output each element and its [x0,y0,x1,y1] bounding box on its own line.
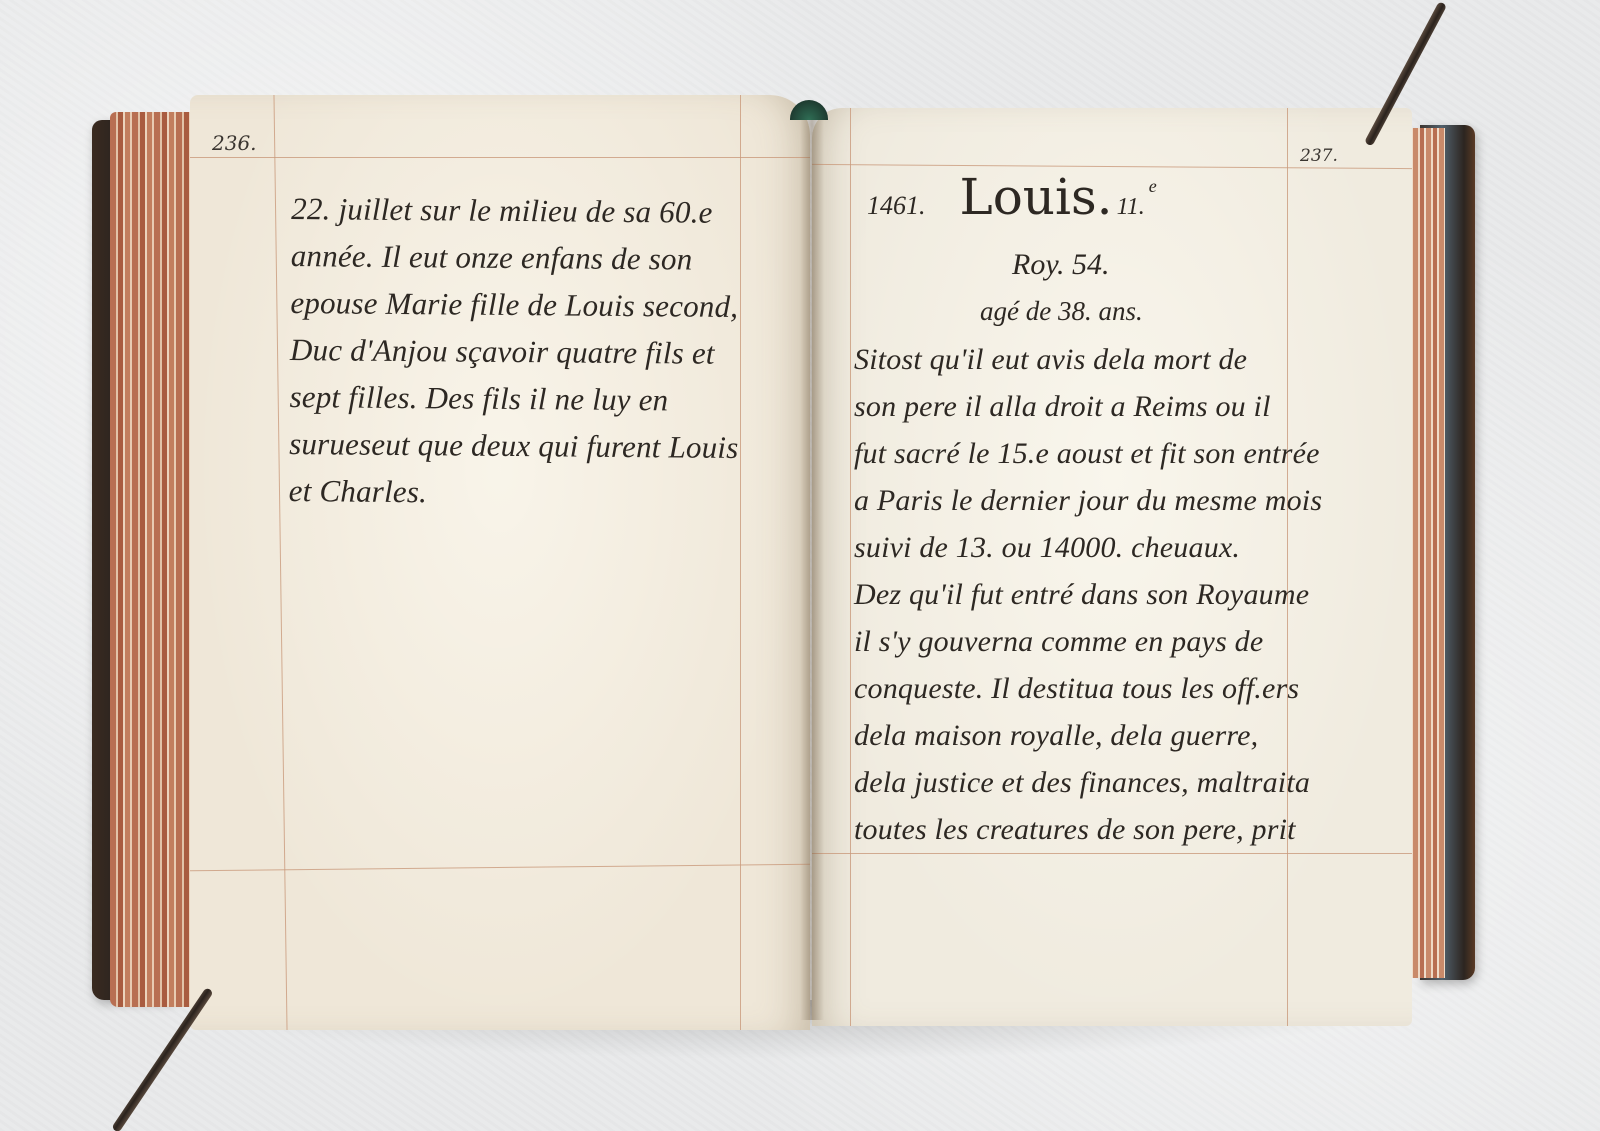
page-number: 236. [212,131,257,155]
ruled-line-top [190,157,810,158]
text-line: a Paris le dernier jour du mesme mois [854,477,1322,524]
text-line: sept filles. Des fils il ne luy en [289,373,739,424]
page-edges-left [110,112,200,1007]
text-line: année. Il eut onze enfans de son [291,232,741,283]
right-page: 237. 1461. Louis. 11.e Roy. 54. agé de 3… [812,108,1412,1026]
text-line: Duc d'Anjou sçavoir quatre fils et [290,326,740,377]
heading-year: 1461. [867,191,926,220]
text-line: 22. juillet sur le milieu de sa 60.e [291,185,741,236]
text-line: suivi de 13. ou 14000. cheuaux. [854,524,1322,571]
ruled-margin-left [850,108,851,1026]
text-line: son pere il alla droit a Reims ou il [854,383,1322,430]
bookmark-ribbon [790,100,828,120]
age-line: agé de 38. ans. [980,296,1143,327]
page-number: 237. [1300,146,1338,166]
ruled-line-bottom [190,864,810,871]
handwritten-text: Sitost qu'il eut avis dela mort de son p… [854,336,1322,853]
book-gutter [800,110,824,1020]
ruled-margin-left [273,95,287,1030]
text-line: Sitost qu'il eut avis dela mort de [854,336,1322,383]
text-line: epouse Marie fille de Louis second, [290,279,740,330]
text-line: dela justice et des finances, maltraita [854,759,1322,806]
heading-king-name: Louis. [960,168,1113,226]
text-line: fut sacré le 15.e aoust et fit son entré… [854,430,1322,477]
text-line: surueseut que deux qui furent Louis [289,420,739,471]
chapter-heading: 1461. Louis. 11.e [867,168,1157,226]
text-line: conqueste. Il destitua tous les off.ers [854,665,1322,712]
ruled-line-bottom [812,853,1412,854]
photo-scene: 236. 22. juillet sur le milieu de sa 60.… [0,0,1600,1131]
text-line: Dez qu'il fut entré dans son Royaume [854,571,1322,618]
heading-ordinal-superscript: e [1149,176,1157,196]
text-line: il s'y gouverna comme en pays de [854,618,1322,665]
text-line: toutes les creatures de son pere, prit [854,806,1322,853]
heading-ordinal: 11. [1117,194,1145,220]
left-page: 236. 22. juillet sur le milieu de sa 60.… [190,95,810,1030]
subheading-roy: Roy. 54. [1012,248,1110,282]
text-line: dela maison royalle, dela guerre, [854,712,1322,759]
handwritten-text: 22. juillet sur le milieu de sa 60.e ann… [289,185,741,518]
text-line: et Charles. [289,467,739,518]
